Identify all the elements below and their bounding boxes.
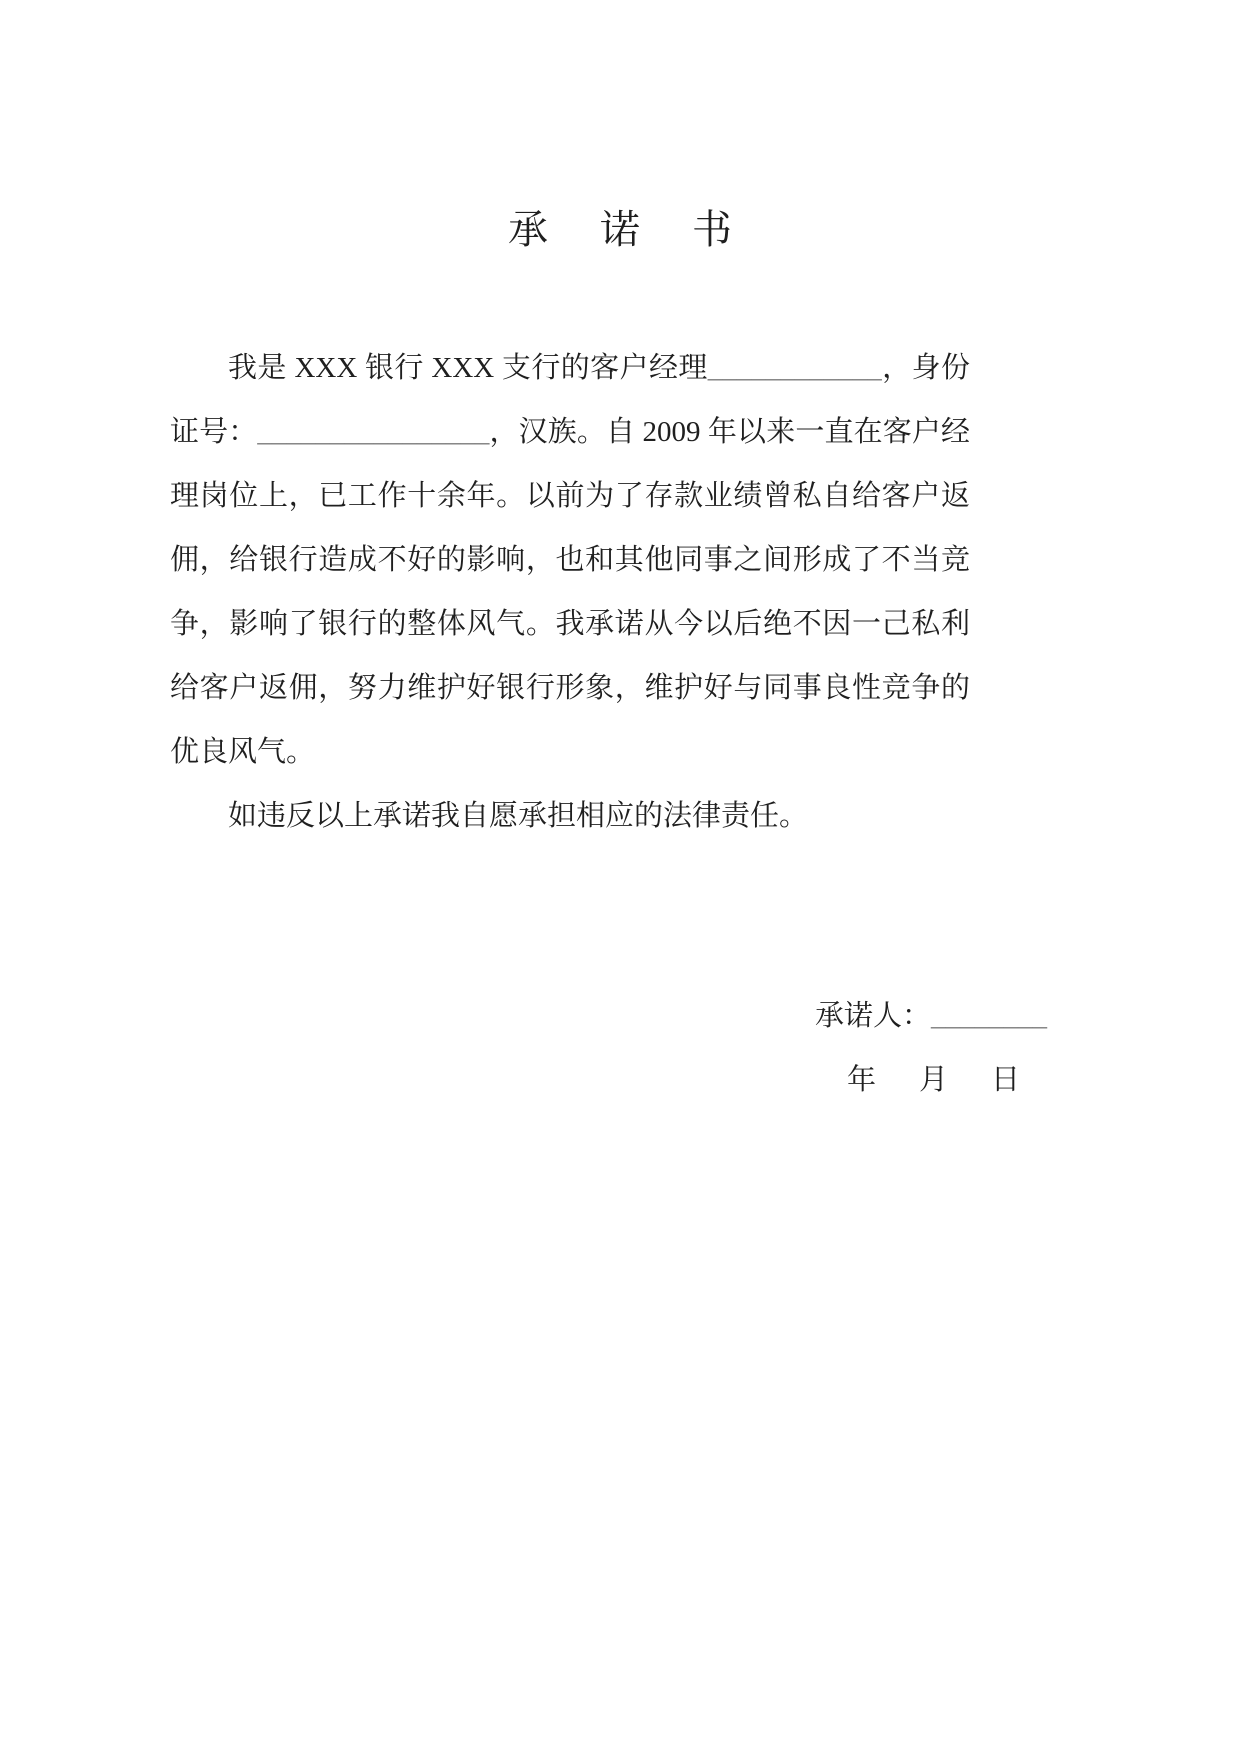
document-page: 承诺书 我是 XXX 银行 XXX 支行的客户经理____________，身份… bbox=[0, 0, 1240, 1753]
signer-line: 承诺人：________ bbox=[0, 984, 1240, 1048]
name-blank-line: ____________ bbox=[708, 352, 882, 384]
id-number-blank-line: ________________ bbox=[257, 416, 489, 448]
document-title: 承诺书 bbox=[0, 206, 1240, 254]
signer-label: 承诺人： bbox=[815, 1000, 931, 1032]
year-label: 年 bbox=[847, 1048, 876, 1112]
signature-block: 承诺人：________ 年 月 日 bbox=[0, 984, 1240, 1112]
paragraph-text-main: ，汉族。自 2009 年以来一直在客户经理岗位上，已工作十余年。以前为了存款业绩… bbox=[170, 416, 970, 768]
month-label: 月 bbox=[919, 1048, 948, 1112]
paragraph-text-intro: 我是 XXX 银行 XXX 支行的客户经理 bbox=[228, 352, 708, 384]
paragraph-liability: 如违反以上承诺我自愿承担相应的法律责任。 bbox=[170, 784, 970, 848]
document-body: 我是 XXX 银行 XXX 支行的客户经理____________，身份证号：_… bbox=[170, 336, 970, 848]
date-line: 年 月 日 bbox=[0, 1048, 1240, 1112]
day-label: 日 bbox=[991, 1048, 1020, 1112]
paragraph-commitment: 我是 XXX 银行 XXX 支行的客户经理____________，身份证号：_… bbox=[170, 336, 970, 784]
signer-blank-line: ________ bbox=[931, 1000, 1047, 1032]
